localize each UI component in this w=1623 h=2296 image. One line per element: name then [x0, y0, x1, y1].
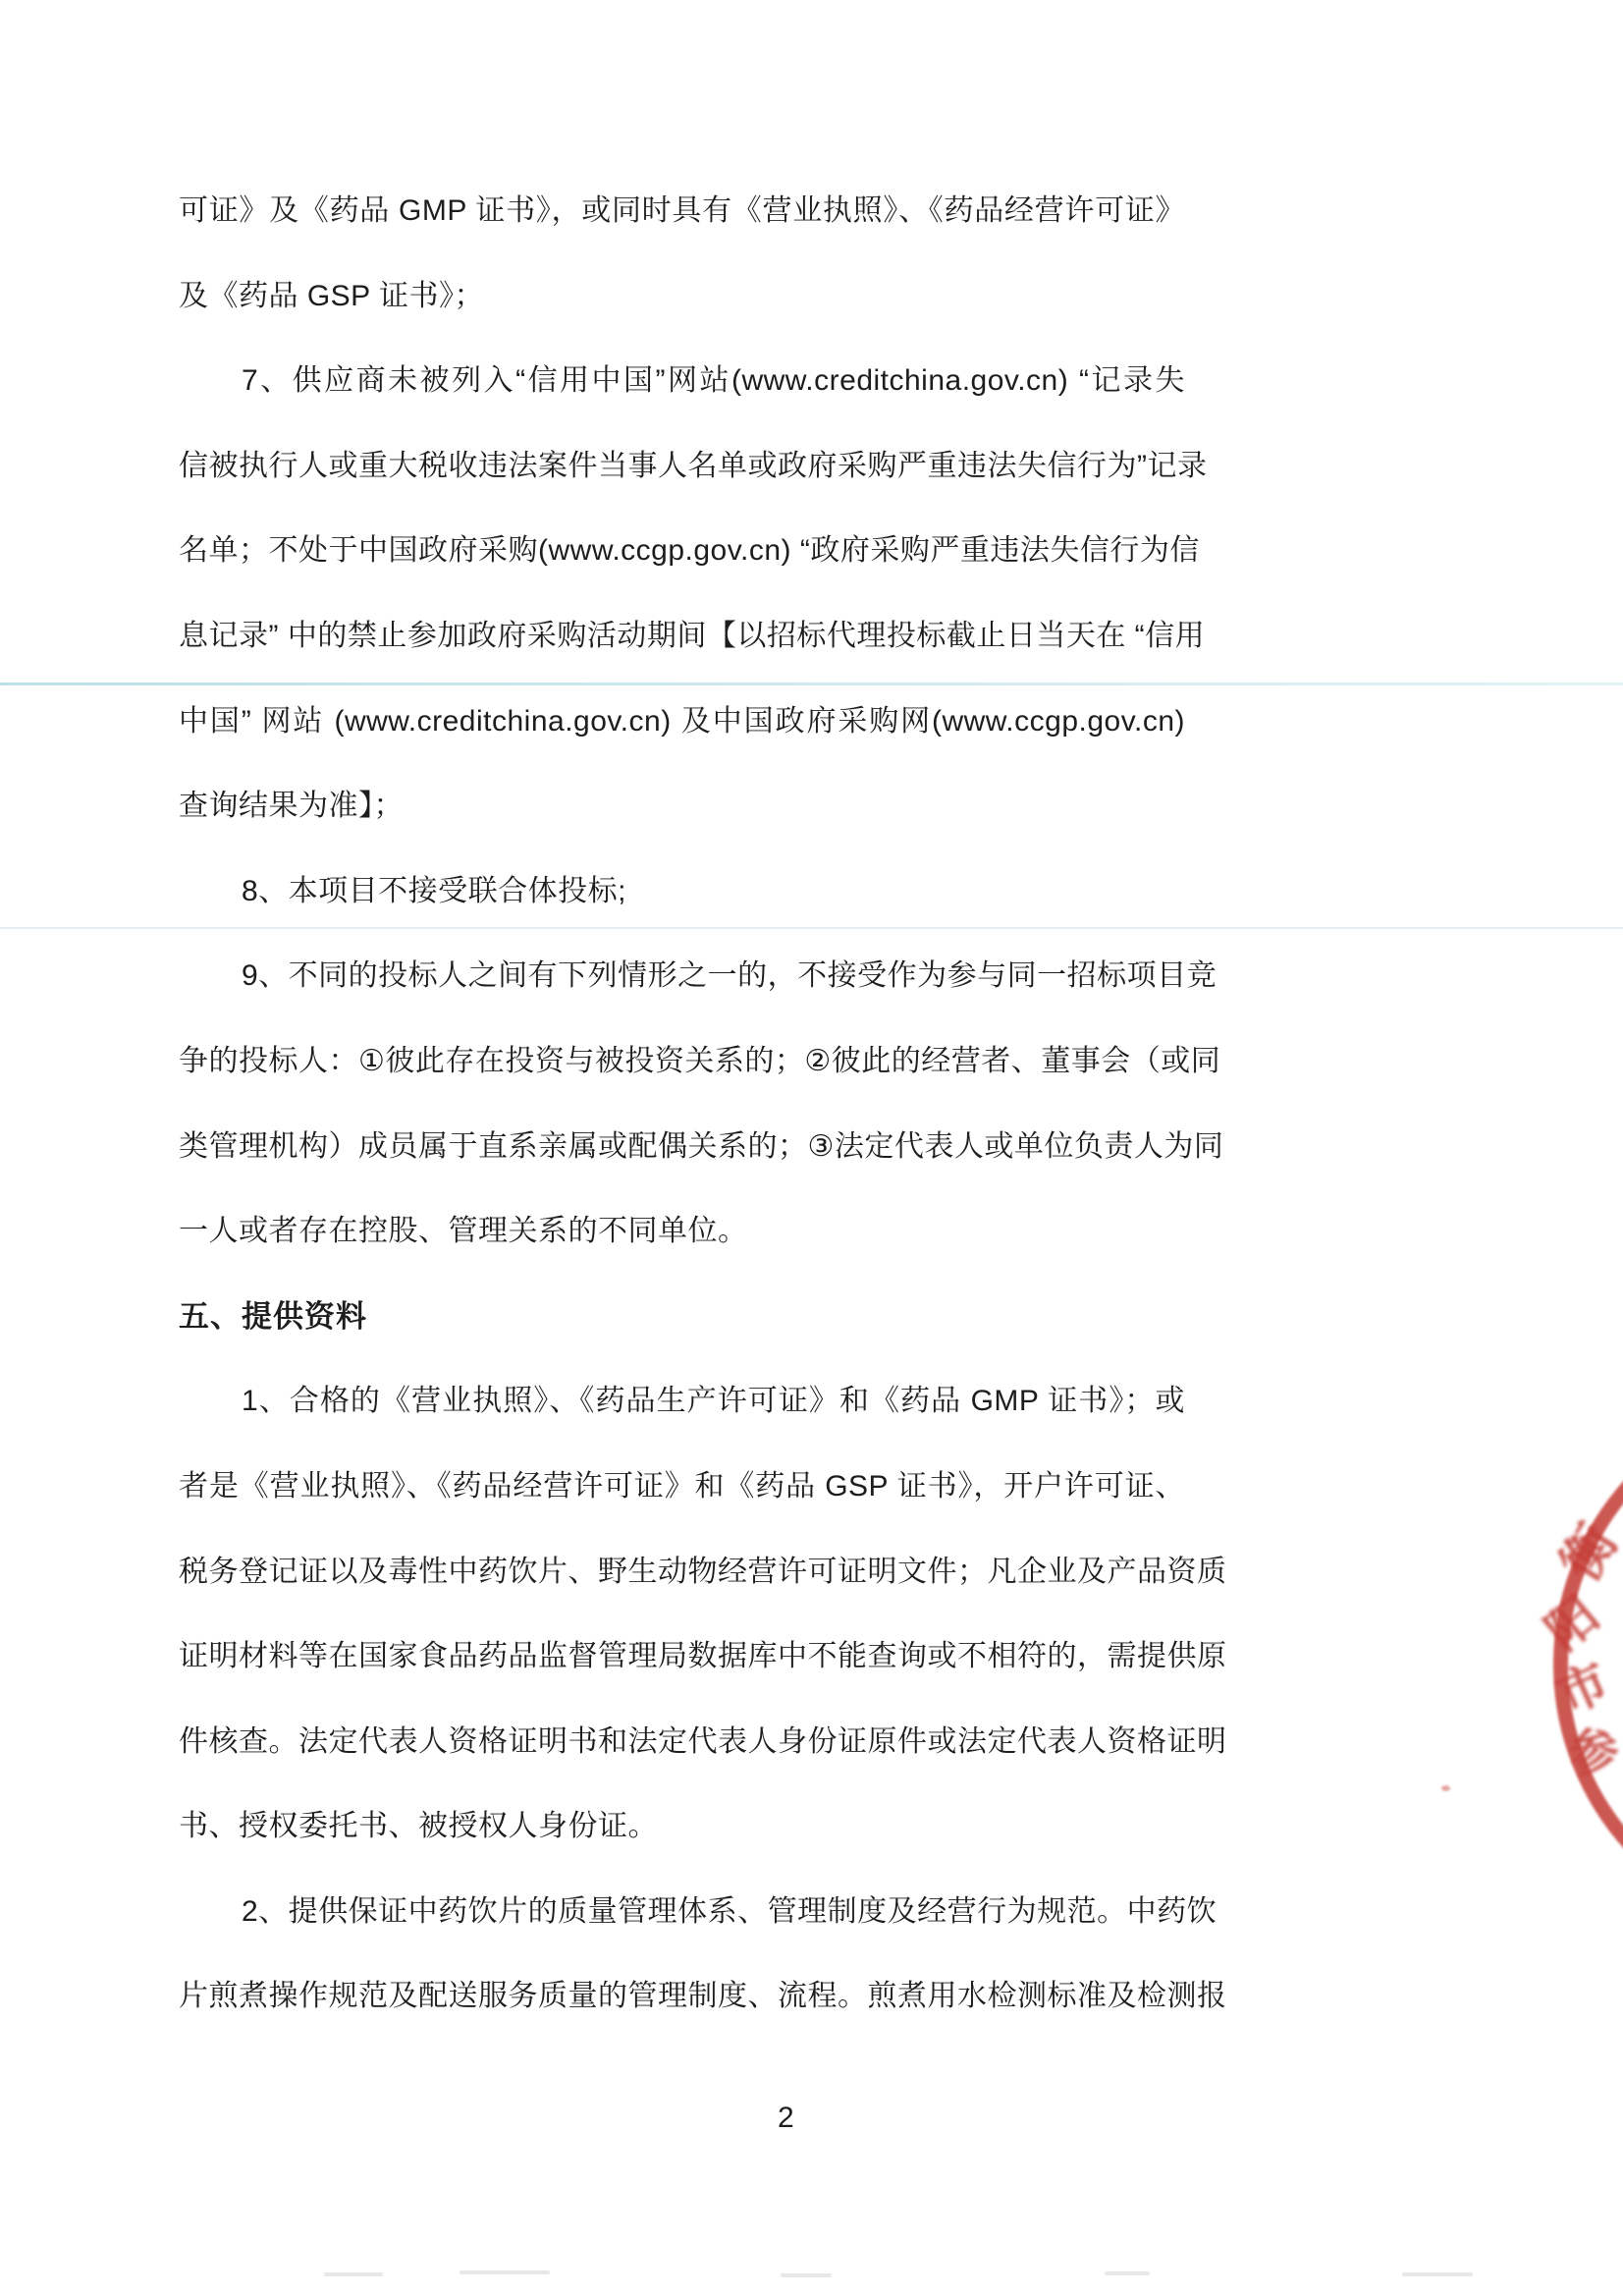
text-line: 8、本项目不接受联合体投标; [179, 849, 1185, 935]
text-line: 书、授权委托书、被授权人身份证。 [179, 1784, 1185, 1870]
document-page: { "page": { "number": "2" }, "document":… [0, 0, 1623, 2296]
text-line: 证明材料等在国家食品药品监督管理局数据库中不能查询或不相符的，需提供原 [179, 1614, 1185, 1700]
text-line: 9、不同的投标人之间有下列情形之一的，不接受作为参与同一招标项目竞 [179, 934, 1185, 1019]
text-line: 及《药品 GSP 证书》； [179, 254, 1185, 340]
text-line: 可证》及《药品 GMP 证书》，或同时具有《营业执照》、《药品经营许可证》 [179, 169, 1185, 254]
section-heading: 五、提供资料 [179, 1275, 1185, 1360]
text-line: 信被执行人或重大税收违法案件当事人名单或政府采购严重违法失信行为”记录 [179, 424, 1185, 510]
text-line: 一人或者存在控股、管理关系的不同单位。 [179, 1189, 1185, 1275]
document-text-block: 可证》及《药品 GMP 证书》，或同时具有《营业执照》、《药品经营许可证》 及《… [179, 169, 1185, 2040]
text-line: 查询结果为准】； [179, 764, 1185, 849]
text-line: 税务登记证以及毒性中药饮片、野生动物经营许可证明文件；凡企业及产品资质 [179, 1530, 1185, 1615]
scan-smudge [781, 2273, 832, 2277]
text-line: 息记录” 中的禁止参加政府采购活动期间【以招标代理投标截止日当天在 “信用 [179, 594, 1185, 680]
text-line: 件核查。法定代表人资格证明书和法定代表人身份证原件或法定代表人资格证明 [179, 1700, 1185, 1785]
text-line: 者是《营业执照》、《药品经营许可证》和《药品 GSP 证书》，开户许可证、 [179, 1445, 1185, 1530]
scan-smudge [1105, 2271, 1150, 2275]
scan-smudge [460, 2270, 550, 2274]
page-number: 2 [778, 2102, 794, 2135]
scan-artifact-line [0, 683, 1623, 685]
scan-smudge [324, 2272, 383, 2276]
seal-ink-speck [1441, 1785, 1450, 1791]
text-line: 2、提供保证中药饮片的质量管理体系、管理制度及经营行为规范。中药饮 [179, 1870, 1185, 1955]
text-line: 中国” 网站 (www.creditchina.gov.cn) 及中国政府采购网… [179, 680, 1185, 765]
text-line: 类管理机构）成员属于直系亲属或配偶关系的；③法定代表人或单位负责人为同 [179, 1105, 1185, 1190]
scan-smudge [1402, 2272, 1473, 2276]
text-line: 争的投标人：①彼此存在投资与被投资关系的；②彼此的经营者、董事会（或同 [179, 1019, 1185, 1105]
text-line: 7、供应商未被列入“信用中国”网站(www.creditchina.gov.cn… [179, 339, 1185, 424]
text-line: 名单；不处于中国政府采购(www.ccgp.gov.cn) “政府采购严重违法失… [179, 509, 1185, 594]
text-line: 1、合格的《营业执照》、《药品生产许可证》和《药品 GMP 证书》；或 [179, 1359, 1185, 1445]
scan-artifact-line [0, 927, 1623, 929]
text-line: 片煎煮操作规范及配送服务质量的管理制度、流程。煎煮用水检测标准及检测报 [179, 1954, 1185, 2040]
